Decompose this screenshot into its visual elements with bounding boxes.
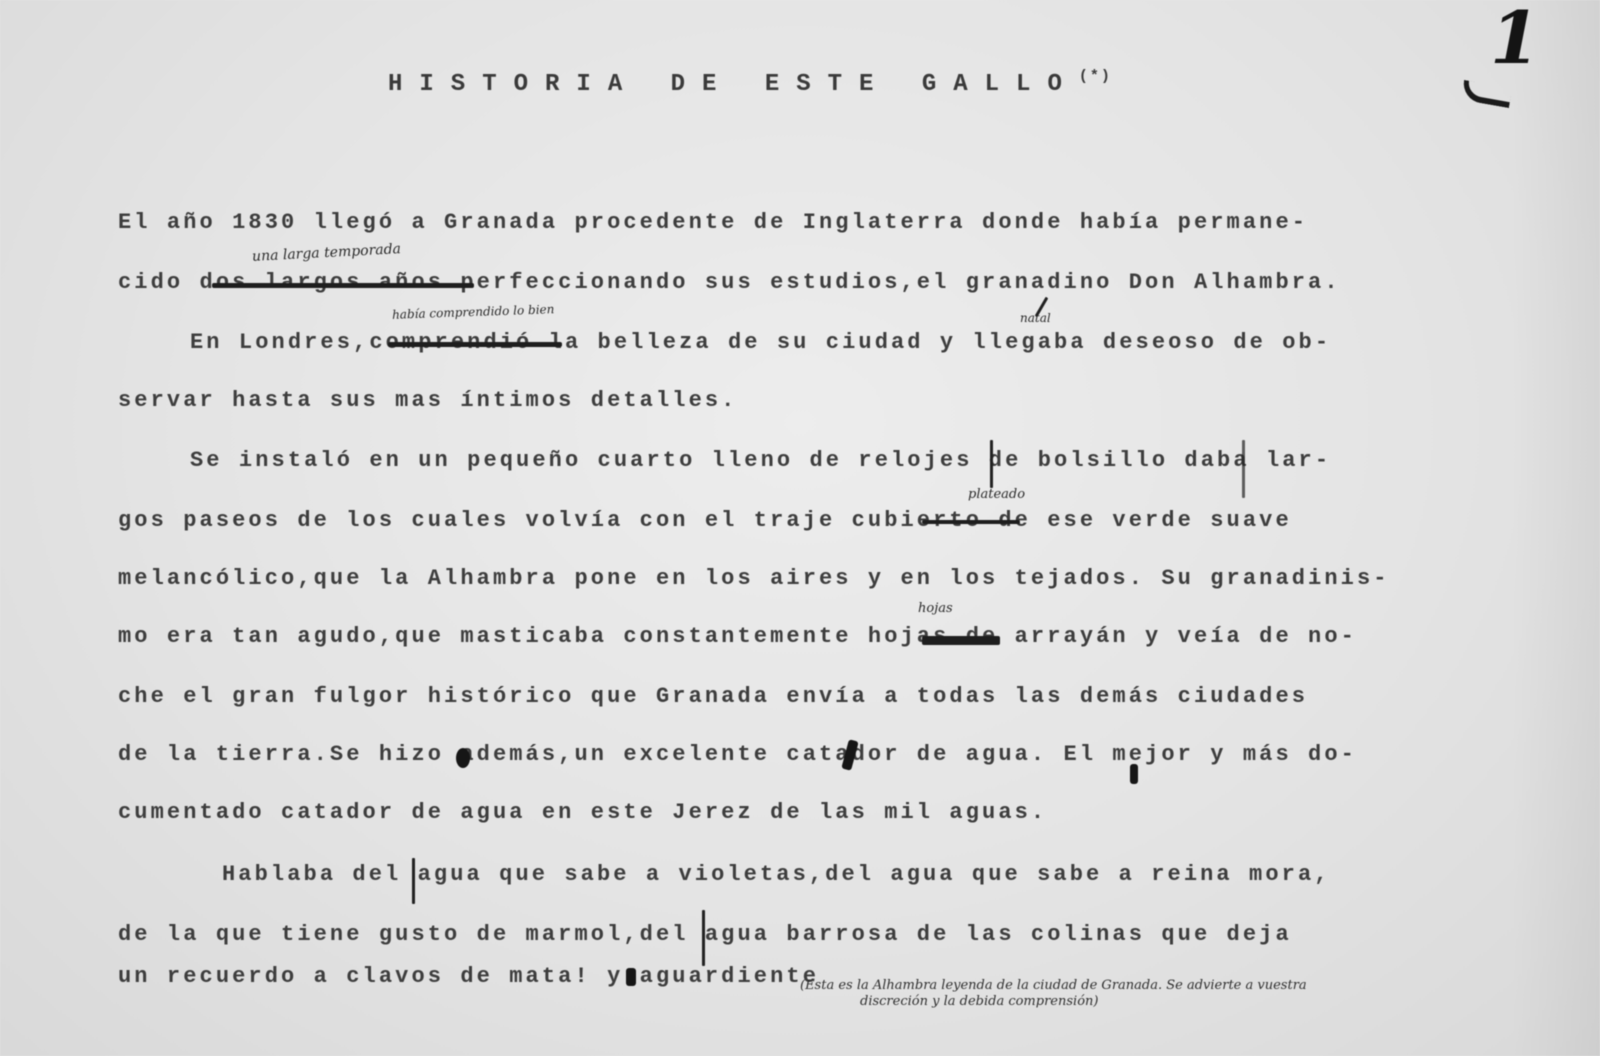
page-number-underline [1461,80,1513,108]
title-footnote-marker: (*) [1079,68,1112,85]
scanned-page: 1 HISTORIA DE ESTE GALLO(*) El año 1830 … [0,0,1600,1056]
handwritten-insert-line-2: una larga temporada [252,242,402,264]
text-line-9: che el gran fulgor histórico que Granada… [118,686,1308,708]
footnote-line-2: discreción y la debida comprensión) [800,994,1307,1010]
ink-correction-agua [1130,764,1138,784]
text-line-5: Se instaló en un pequeño cuarto lleno de… [190,450,1331,472]
text-line-14: un recuerdo a clavos de mata! y aguardie… [118,966,819,988]
text-line-8: mo era tan agudo,que masticaba constante… [118,626,1357,648]
document-title: HISTORIA DE ESTE GALLO(*) [388,68,1112,98]
text-line-7: melancólico,que la Alhambra pone en los … [118,568,1390,590]
handwritten-insert-line-6: plateado [968,488,1025,501]
title-text: HISTORIA DE ESTE GALLO [388,71,1079,98]
strikethrough-line-2 [212,283,474,288]
ink-blot-hizo [456,748,470,768]
correction-mark-marmol [702,910,705,966]
text-line-3: En Londres,comprendió la belleza de su c… [190,332,1331,354]
text-line-4: servar hasta sus mas íntimos detalles. [118,390,737,412]
strikethrough-line-3 [388,342,562,347]
correction-mark-del-agua [412,858,415,904]
page-edge-shadow [1510,0,1600,1056]
strikethrough-line-6 [922,520,1020,524]
text-line-1: El año 1830 llegó a Granada procedente d… [118,212,1308,234]
footnote-line-1: (Esta es la Alhambra leyenda de la ciuda… [800,978,1307,994]
handwritten-footnote: (Esta es la Alhambra leyenda de la ciuda… [800,978,1307,1011]
correction-mark-bolsillo [1242,440,1245,498]
text-line-12: Hablaba del agua que sabe a violetas,del… [222,864,1331,886]
text-line-10: de la tierra.Se hizo además,un excelente… [118,744,1357,766]
text-line-6: gos paseos de los cuales volvía con el t… [118,510,1292,532]
text-line-11: cumentado catador de agua en este Jerez … [118,802,1047,824]
ink-correction-y [626,968,636,986]
handwritten-insert-line-8: hojas [918,602,953,615]
handwritten-insert-line-3: había comprendido lo bien [392,303,555,321]
correction-mark-relojes [990,440,993,488]
strikethrough-line-8 [922,636,1000,645]
